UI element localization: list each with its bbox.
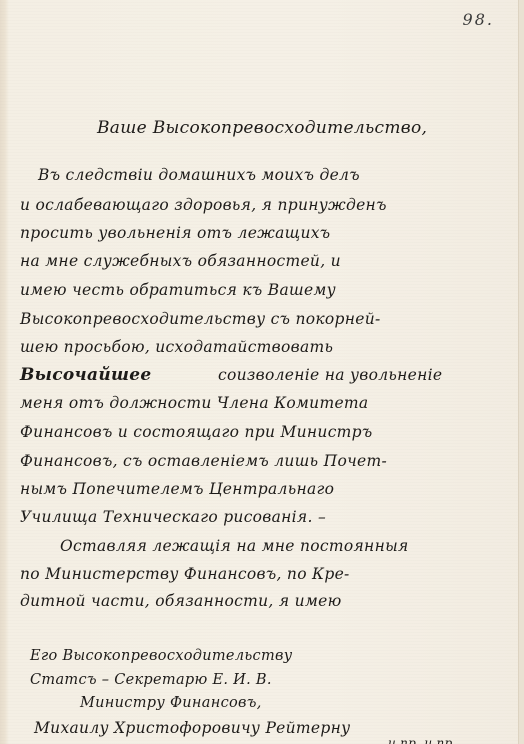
body-line: Финансовъ, съ оставленіемъ лишь Почет- — [20, 452, 387, 470]
body-line: шею просьбою, исходатайствовать — [20, 338, 333, 356]
body-line: Финансовъ и состоящаго при Министръ — [20, 423, 373, 441]
address-line: Статсъ – Секретарю Е. И. В. — [30, 672, 272, 688]
recipient-name: Михаилу Христофоровичу Рейтерну — [34, 719, 350, 737]
body-line: на мне служебныхъ обязанностей, и — [20, 252, 341, 270]
address-line: Его Высокопревосходительству — [30, 648, 292, 664]
body-line: дитной части, обязанности, я имею — [20, 592, 342, 610]
body-line: имею честь обратиться къ Вашему — [20, 281, 336, 299]
body-line: Училища Техническаго рисованія. – — [20, 508, 326, 526]
closing-etc: и пр. и пр. — [388, 736, 457, 744]
body-line: Высокопревосходительству съ покорней- — [20, 310, 381, 328]
body-line: Въ следствіи домашнихъ моихъ делъ — [38, 166, 360, 184]
salutation: Ваше Высокопревосходительство, — [97, 118, 427, 138]
address-line: Министру Финансовъ, — [80, 695, 262, 711]
manuscript-page: 98. Ваше Высокопревосходительство, Въ сл… — [0, 0, 524, 744]
body-line: по Министерству Финансовъ, по Кре- — [20, 565, 350, 583]
body-line: меня отъ должности Члена Комитета — [20, 394, 368, 412]
body-line: Оставляя лежащія на мне постоянныя — [60, 537, 409, 555]
body-line: и ослабевающаго здоровья, я принужденъ — [20, 196, 387, 214]
emphasized-word: Высочайшее — [20, 365, 152, 385]
folio-number: 98. — [463, 10, 494, 29]
body-line: просить увольненія отъ лежащихъ — [20, 224, 330, 242]
body-line: соизволеніе на увольненіе — [218, 366, 442, 384]
page-edge — [518, 0, 524, 744]
body-line: нымъ Попечителемъ Центральнаго — [20, 480, 334, 498]
